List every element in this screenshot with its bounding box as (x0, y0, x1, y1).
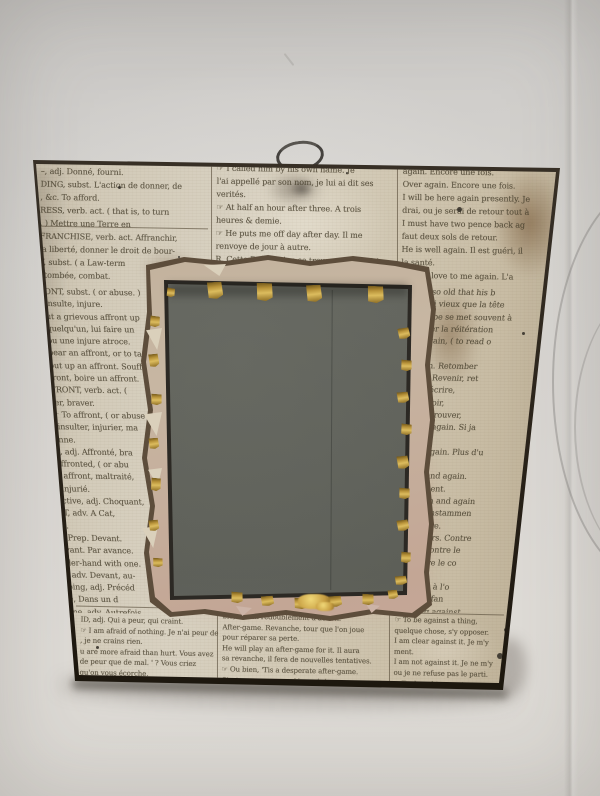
age-speck (178, 256, 180, 258)
paper-highlight (390, 615, 500, 685)
photo-of-decoupage-frame: –, adj. Donné, fourni. DING, subst. L'ac… (0, 0, 600, 796)
dictionary-column-bottom-right: ☞ To be against a thing, quelque chose, … (393, 615, 512, 687)
section-rule (40, 226, 208, 230)
wall-scratch (284, 53, 295, 66)
brass-foil (316, 602, 334, 611)
age-speck (346, 172, 348, 174)
age-speck (522, 332, 525, 335)
column-rule (389, 613, 390, 686)
age-speck (457, 207, 462, 212)
age-speck (118, 186, 121, 189)
ring-mount-smudge (290, 180, 314, 198)
ring-mount-smudge (266, 172, 324, 208)
column-rule (217, 612, 218, 686)
brass-clip (255, 283, 274, 302)
age-speck (96, 646, 99, 649)
dictionary-column-bottom-center: blé, ou' un redoublement d'action. After… (221, 611, 389, 688)
